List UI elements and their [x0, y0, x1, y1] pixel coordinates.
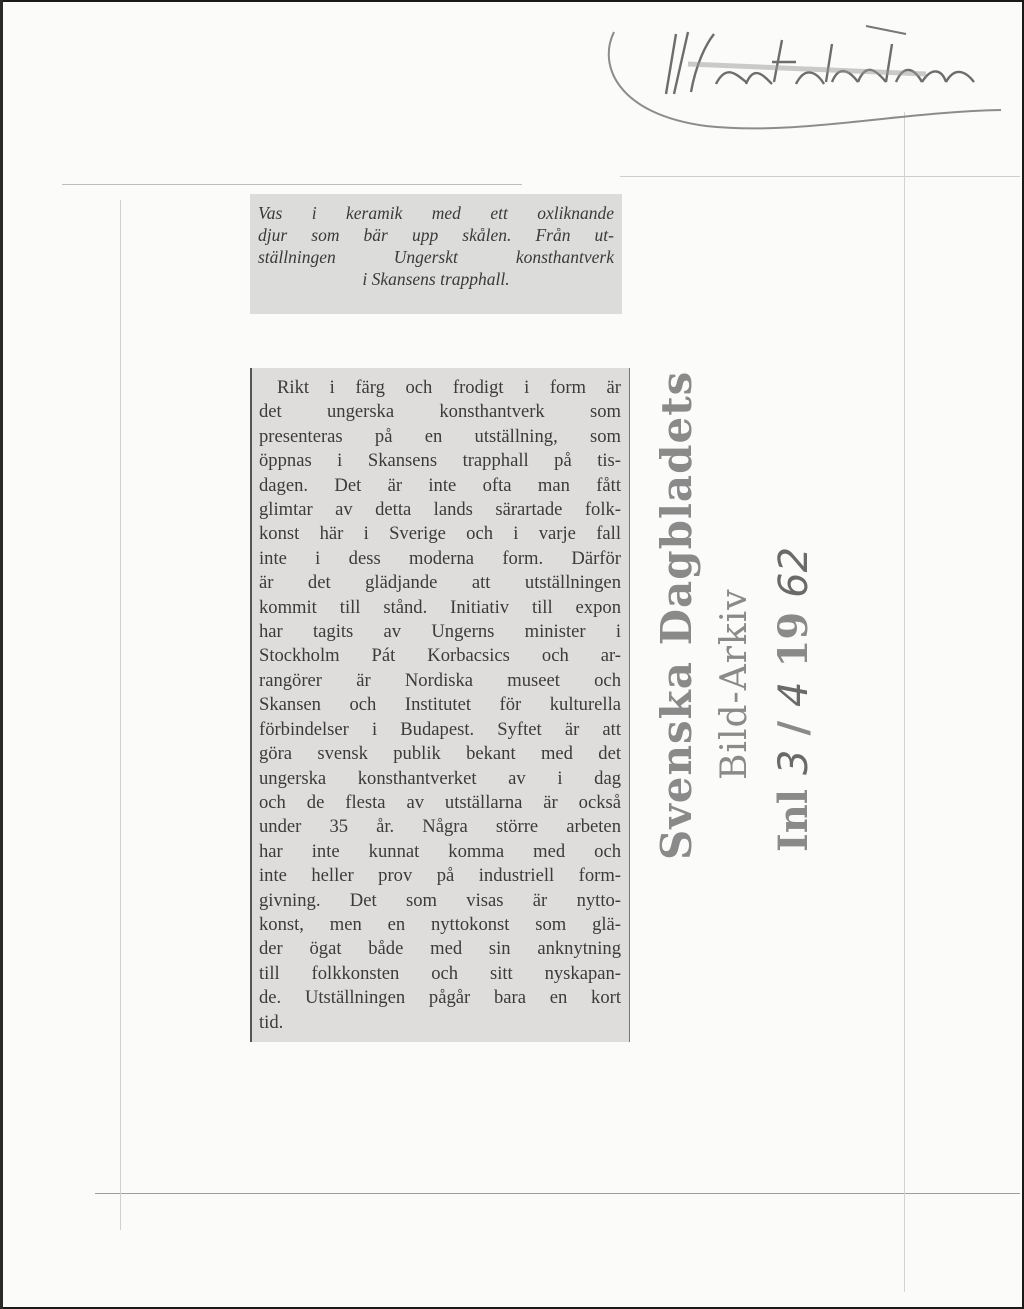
caption-line: ställningen Ungerskt konsthantverk	[258, 246, 614, 268]
article-line: förbindelser i Budapest. Syftet är att	[259, 718, 621, 742]
divider-line	[95, 1193, 1020, 1194]
article-line: Stockholm Pát Korbacsics och ar-	[259, 644, 621, 668]
article-line: ungerska konsthantverket av i dag	[259, 767, 621, 791]
stamp-prefix: Inl	[770, 789, 817, 852]
caption-line: djur som bär upp skålen. Från ut-	[258, 224, 614, 246]
article-line: inte heller prov på industriell form-	[259, 864, 621, 888]
stamp-separator: /	[770, 721, 817, 736]
divider-line	[62, 184, 522, 185]
article-line: de. Utställningen pågår bara en kort	[259, 986, 621, 1010]
article-line: det ungerska konsthantverk som	[259, 400, 621, 424]
article-line: under 35 år. Några större arbeten	[259, 815, 621, 839]
article-line: dagen. Det är inte ofta man fått	[259, 474, 621, 498]
stamp-date-row: Inl 3 / 4 19 62	[770, 547, 817, 852]
article-line: presenteras på en utställning, som	[259, 425, 621, 449]
article-line: Skansen och Institutet för kulturella	[259, 693, 621, 717]
article-clipping: Rikt i färg och frodigt i form är det un…	[250, 368, 630, 1042]
stamp-day: 3	[771, 750, 817, 775]
article-line: inte i dess moderna form. Därför	[259, 547, 621, 571]
divider-line	[620, 176, 1020, 177]
article-line: Rikt i färg och frodigt i form är	[259, 376, 621, 400]
article-line: har tagits av Ungerns minister i	[259, 620, 621, 644]
stamp-year-printed: 19	[770, 612, 817, 668]
article-line: kommit till stånd. Initiativ till expon	[259, 596, 621, 620]
stamp-archive-name: Bild-Arkiv	[714, 588, 755, 780]
photo-caption-clipping: Vas i keramik med ett oxliknande djur so…	[250, 194, 622, 314]
article-line: öppnas i Skansens trapphall på tis-	[259, 449, 621, 473]
handwritten-header: Utställningar	[596, 4, 1006, 134]
caption-line: i Skansens trapphall.	[258, 268, 614, 290]
article-line: och de flesta av utställarna är också	[259, 791, 621, 815]
divider-line	[120, 200, 121, 1230]
article-line: rangörer är Nordiska museet och	[259, 669, 621, 693]
stamp-year: 62	[771, 547, 817, 598]
article-line: tid.	[259, 1011, 621, 1035]
archive-stamp: Svenska Dagbladets Bild-Arkiv Inl 3 / 4 …	[652, 380, 892, 860]
article-line: konst, men en nyttokonst som glä-	[259, 913, 621, 937]
stamp-newspaper-name: Svenska Dagbladets	[652, 380, 701, 860]
article-line: konst här i Sverige och i varje fall	[259, 522, 621, 546]
caption-line: Vas i keramik med ett oxliknande	[258, 202, 614, 224]
stamp-month: 4	[771, 681, 817, 706]
article-line: givning. Det som visas är nytto-	[259, 889, 621, 913]
divider-line	[904, 112, 905, 1292]
article-line: har inte kunnat komma med och	[259, 840, 621, 864]
article-line: glimtar av detta lands särartade folk-	[259, 498, 621, 522]
scan-edge	[0, 0, 3, 1309]
article-line: göra svensk publik bekant med det	[259, 742, 621, 766]
article-line: är det glädjande att utställningen	[259, 571, 621, 595]
handwriting-scribble-icon	[596, 4, 1006, 134]
article-line: der ögat både med sin anknytning	[259, 937, 621, 961]
article-line: till folkkonsten och sitt nyskapan-	[259, 962, 621, 986]
